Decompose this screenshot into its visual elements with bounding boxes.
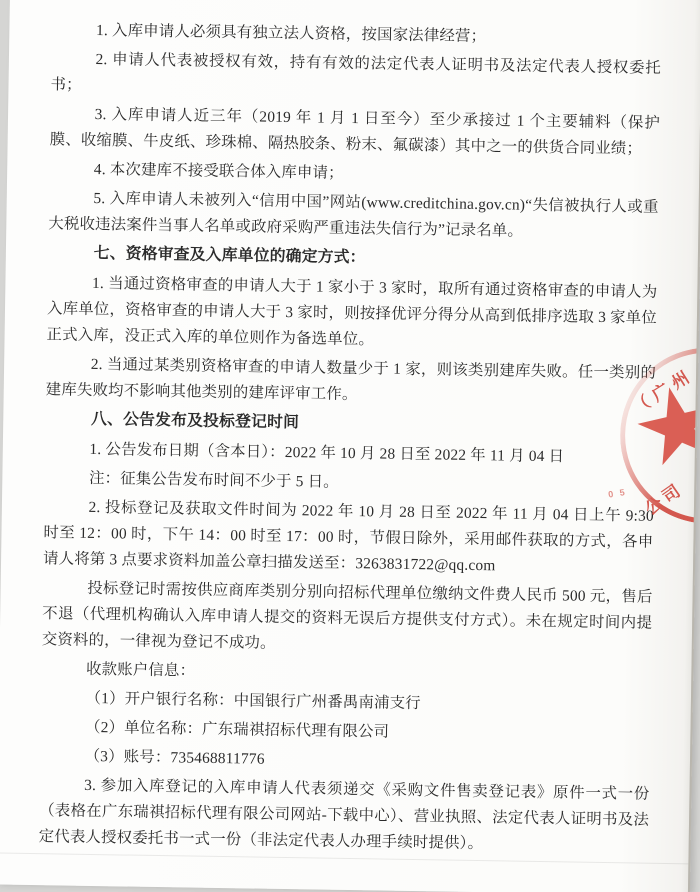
paragraph: 5. 入库申请人未被列入“信用中国”网站(www.creditchina.gov… (48, 185, 659, 247)
paragraph: 3. 入库申请人近三年（2019 年 1 月 1 日至今）至少承接过 1 个主要… (49, 101, 660, 163)
document-page: 1. 入库申请人必须具有独立法人资格，按国家法律经营；2. 申请人代表被授权有效… (0, 0, 700, 892)
paragraph: 2. 申请人代表被授权有效，持有有效的法定代表人证明书及法定代表人授权委托书； (50, 46, 661, 108)
paragraph: 2. 当通过某类别资格审查的申请人数量少于 1 家，则该类别建库失败。任一类别的… (46, 351, 657, 413)
section-heading: 七、资格审查及入库单位的确定方式： (48, 240, 658, 276)
document-body: 1. 入库申请人必须具有独立法人资格，按国家法律经营；2. 申请人代表被授权有效… (0, 0, 700, 863)
scan-background: { "page_background": "#d5d5d3", "paper_c… (0, 0, 700, 892)
paragraph: 3. 参加入库登记的入库申请人代表须递交《采购文件售卖登记表》原件一式一份（表格… (39, 772, 650, 860)
section-heading: 八、公告发布及投标登记时间 (45, 406, 655, 442)
paragraph: 1. 当通过资格审查的申请人大于 1 家小于 3 家时，取所有通过资格审查的申请… (46, 270, 657, 358)
paragraph: 投标登记时需按供应商库类别分别向招标代理单位缴纳文件费人民币 500 元，售后不… (42, 575, 653, 663)
paragraph: 2. 投标登记及获取文件时间为 2022 年 10 月 28 日至 2022 年… (43, 494, 654, 582)
